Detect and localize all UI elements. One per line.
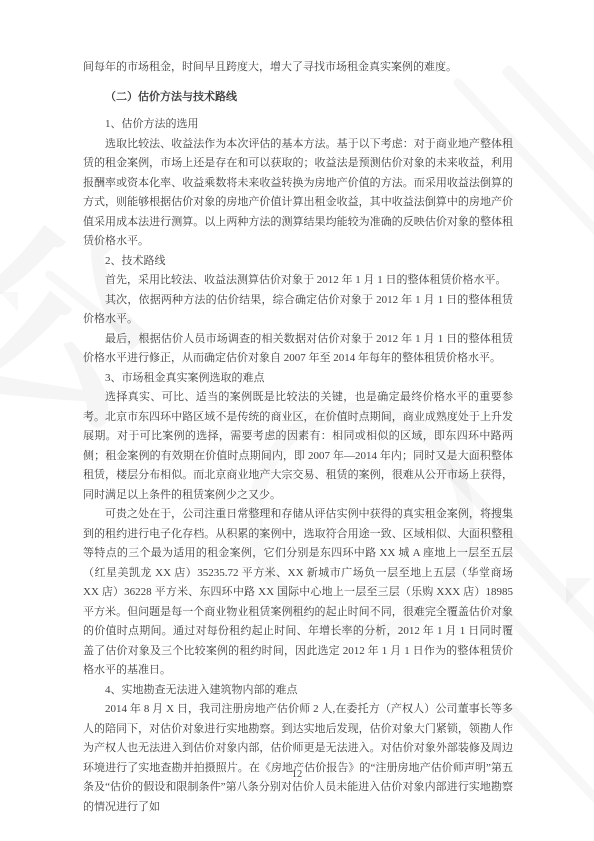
paragraph: 可贵之处在于，公司注重日常整理和存储从评估实例中获得的真实租金案例，将搜集到的租… bbox=[83, 505, 513, 681]
watermark-smudge bbox=[0, 292, 18, 312]
paragraph: 选择真实、可比、适当的案例既是比较法的关键，也是确定最终价格水平的重要参考。北京… bbox=[83, 388, 513, 505]
paragraph: 最后，根据估价人员市场调查的相关数据对估价对象于 2012 年 1 月 1 日的… bbox=[83, 330, 513, 369]
page-body: 间每年的市场租金，时间早且跨度大，增大了寻找市场租金真实案例的难度。 （二）估价… bbox=[83, 58, 513, 817]
watermark-stroke bbox=[505, 701, 594, 817]
subsection-heading-4: 4、实地勘查无法进入建筑物内部的难点 bbox=[83, 681, 513, 701]
paragraph: 首先，采用比较法、收益法测算估价对象于 2012 年 1 月 1 日的整体租赁价… bbox=[83, 271, 513, 291]
watermark-stroke bbox=[501, 64, 594, 182]
page-number: 12 bbox=[0, 769, 594, 780]
subsection-heading-2: 2、技术路线 bbox=[83, 252, 513, 272]
paragraph: 选取比较法、收益法作为本次评估的基本方法。基于以下考虑：对于商业地产整体租赁的租… bbox=[83, 135, 513, 252]
document-page: 公 间每年的市场租金，时间早且跨度大，增大了寻找市场租金真实案例的难度。 （二）… bbox=[0, 0, 594, 841]
section-heading: （二）估价方法与技术路线 bbox=[83, 88, 513, 108]
subsection-heading-1: 1、估价方法的选用 bbox=[83, 115, 513, 135]
subsection-heading-3: 3、市场租金真实案例选取的难点 bbox=[83, 369, 513, 389]
watermark-smudge bbox=[566, 578, 592, 604]
paragraph: 2014 年 8 月 X 日，我司注册房地产估价师 2 人,在委托方（产权人）公… bbox=[83, 700, 513, 817]
paragraph: 其次，依据两种方法的估价结果，综合确定估价对象于 2012 年 1 月 1 日的… bbox=[83, 291, 513, 330]
paragraph-continuation: 间每年的市场租金，时间早且跨度大，增大了寻找市场租金真实案例的难度。 bbox=[83, 58, 513, 78]
